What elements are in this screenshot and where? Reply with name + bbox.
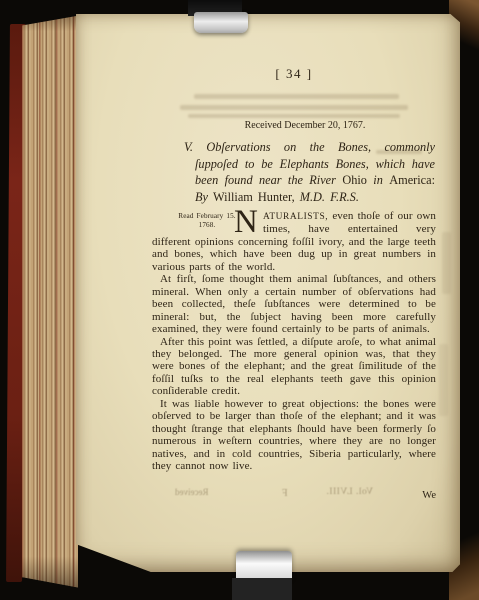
page-stack-edge (22, 14, 78, 591)
paragraph-it-was-liable: It was liable however to great objection… (152, 398, 436, 473)
paragraph-naturalists: Read February 15.1768.NATURALISTS, even … (152, 210, 436, 273)
drop-cap-N: N (232, 210, 260, 235)
catchword: We (152, 490, 436, 501)
book-photograph: [ 34 ] Received December 20, 1767. V. Ob… (0, 0, 479, 600)
margin-read-note: Read February 15.1768. (178, 212, 236, 229)
showthrough-blur (188, 114, 400, 118)
title-segment: By (195, 190, 213, 204)
book-page: [ 34 ] Received December 20, 1767. V. Ob… (76, 14, 460, 572)
showthrough-blur (194, 94, 399, 99)
received-date-line: Received December 20, 1767. (152, 120, 436, 131)
title-segment: in (367, 173, 389, 187)
article-body: Read February 15.1768.NATURALISTS, even … (152, 210, 436, 473)
margin-note-line: 1768. (178, 221, 236, 230)
small-caps-word: ATURALISTS, (263, 212, 328, 222)
showthrough-blur (439, 344, 448, 416)
showthrough-blur (180, 105, 408, 110)
margin-note-line: Read February 15. (178, 212, 236, 221)
title-segment: America: (389, 173, 435, 187)
showthrough-blur (442, 232, 451, 294)
paragraph-at-first: At firſt, ſome thought them animal ſubſt… (152, 273, 436, 335)
title-segment: M.D. F.R.S. (300, 190, 359, 204)
page-number: [ 34 ] (152, 66, 436, 82)
title-segment: William Hunter, (213, 190, 300, 204)
title-segment: Ohio (342, 173, 367, 187)
stand-arm-bottom (232, 578, 292, 600)
paragraph-after-this-point: After this point was ſettled, a diſpute … (152, 336, 436, 398)
page-clip-top (194, 12, 248, 33)
article-title: V. Obſervations on the Bones, commonly ſ… (195, 139, 435, 205)
